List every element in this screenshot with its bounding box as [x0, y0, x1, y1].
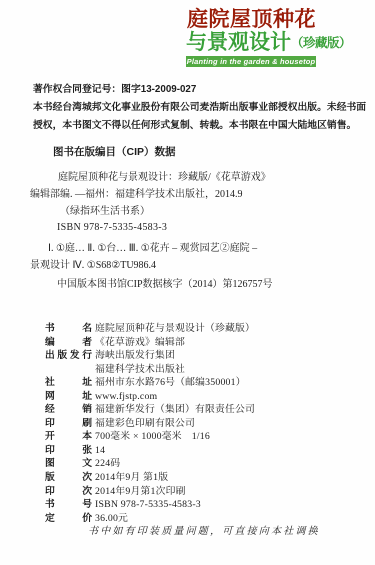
table-row: 定价 36.00元	[45, 512, 355, 526]
pub-value: www.fjstp.com	[95, 390, 157, 404]
table-row: 经销 福建新华发行（集团）有限责任公司	[45, 403, 355, 417]
copyright-registration-line: 著作权合同登记号：图字13-2009-027	[33, 81, 366, 99]
cip-record-line3: （绿指环生活书系）	[60, 204, 271, 221]
pub-value: 海峡出版发行集团	[95, 349, 175, 363]
pub-value: 福建彩色印刷有限公司	[95, 417, 195, 431]
table-row: 书号 ISBN 978-7-5335-4583-3	[45, 498, 355, 512]
pub-label: 印刷	[45, 417, 92, 431]
pub-label: 社址	[45, 376, 92, 390]
pub-value: 2014年9月 第1版	[95, 471, 168, 485]
copyright-notice-line3: 授权，本书图文不得以任何形式复制、转载。本书限在中国大陆地区销售。	[33, 117, 366, 135]
table-row: 版次 2014年9月 第1版	[45, 471, 355, 485]
pub-value: 庭院屋顶种花与景观设计（珍藏版）	[95, 322, 255, 336]
table-row: 书名 庭院屋顶种花与景观设计（珍藏版）	[45, 322, 355, 336]
pub-value: 2014年9月第1次印刷	[95, 485, 186, 499]
quality-exchange-note: 书中如有印装质量问题，可直接向本社调换	[88, 525, 320, 539]
book-title-edition: （珍藏版）	[291, 36, 351, 50]
pub-value: 224码	[95, 457, 120, 471]
book-title-line1: 庭院屋顶种花	[187, 8, 316, 31]
pub-label: 网址	[45, 390, 92, 404]
cip-heading: 图书在版编目（CIP）数据	[53, 146, 176, 159]
cip-record: 庭院屋顶种花与景观设计：珍藏版/《花草游戏》 编辑部编. —福州：福建科学技术出…	[30, 170, 271, 237]
pub-label: 开本	[45, 430, 92, 444]
table-row: 印张 14	[45, 444, 355, 458]
table-row: 社址 福州市东水路76号（邮编350001）	[45, 376, 355, 390]
cip-classification: Ⅰ. ①庭… Ⅱ. ①台… Ⅲ. ①花卉 – 观赏园艺②庭院 – 景观设计 Ⅳ.…	[30, 240, 257, 274]
cip-classification-line1: Ⅰ. ①庭… Ⅱ. ①台… Ⅲ. ①花卉 – 观赏园艺②庭院 –	[48, 240, 257, 257]
english-subtitle-banner: Planting in the garden & housetop	[186, 56, 316, 67]
pub-label: 经销	[45, 403, 92, 417]
pub-value: 福建科学技术出版社	[95, 363, 185, 377]
pub-label: 印次	[45, 485, 92, 499]
pub-label: 版次	[45, 471, 92, 485]
pub-label: 书名	[45, 322, 92, 336]
cip-record-number: 中国版本图书馆CIP数据核字（2014）第126757号	[57, 278, 273, 292]
pub-value: ISBN 978-7-5335-4583-3	[95, 498, 201, 512]
cip-record-isbn: ISBN 978-7-5335-4583-3	[57, 220, 271, 237]
pub-label: 书号	[45, 498, 92, 512]
pub-value: 福建新华发行（集团）有限责任公司	[95, 403, 255, 417]
cip-record-line2: 编辑部编. —福州：福建科学技术出版社，2014.9	[30, 187, 271, 204]
pub-value: 36.00元	[95, 512, 128, 526]
book-title-line2: 与景观设计（珍藏版）	[186, 31, 351, 55]
table-row: 出版发行 海峡出版发行集团	[45, 349, 355, 363]
cip-record-line1: 庭院屋顶种花与景观设计：珍藏版/《花草游戏》	[58, 170, 271, 187]
table-row: 编者 《花草游戏》编辑部	[45, 336, 355, 350]
cip-classification-line2: 景观设计 Ⅳ. ①S68②TU986.4	[30, 257, 257, 274]
table-row: 开本 700毫米 × 1000毫米 1/16	[45, 430, 355, 444]
table-row: 网址 www.fjstp.com	[45, 390, 355, 404]
table-row: 图文 224码	[45, 457, 355, 471]
copyright-notice-line2: 本书经台湾城邦文化事业股份有限公司麦浩斯出版事业部授权出版。未经书面	[33, 99, 366, 117]
copyright-notice: 著作权合同登记号：图字13-2009-027 本书经台湾城邦文化事业股份有限公司…	[33, 81, 366, 135]
pub-value: 700毫米 × 1000毫米 1/16	[95, 430, 210, 444]
pub-label: 定价	[45, 512, 92, 526]
pub-value: 14	[95, 444, 105, 458]
colophon-page: 庭院屋顶种花 与景观设计（珍藏版） Planting in the garden…	[0, 0, 375, 565]
pub-label: 图文	[45, 457, 92, 471]
book-title-line2-text: 与景观设计	[186, 31, 291, 54]
pub-value: 《花草游戏》编辑部	[95, 336, 185, 350]
pub-label: 编者	[45, 336, 92, 350]
pub-label: 印张	[45, 444, 92, 458]
table-row: 印次 2014年9月第1次印刷	[45, 485, 355, 499]
pub-value: 福州市东水路76号（邮编350001）	[95, 376, 246, 390]
table-row: 福建科学技术出版社	[45, 363, 355, 377]
pub-label: 出版发行	[45, 349, 92, 363]
table-row: 印刷 福建彩色印刷有限公司	[45, 417, 355, 431]
publication-info-table: 书名 庭院屋顶种花与景观设计（珍藏版） 编者 《花草游戏》编辑部 出版发行 海峡…	[45, 322, 355, 525]
